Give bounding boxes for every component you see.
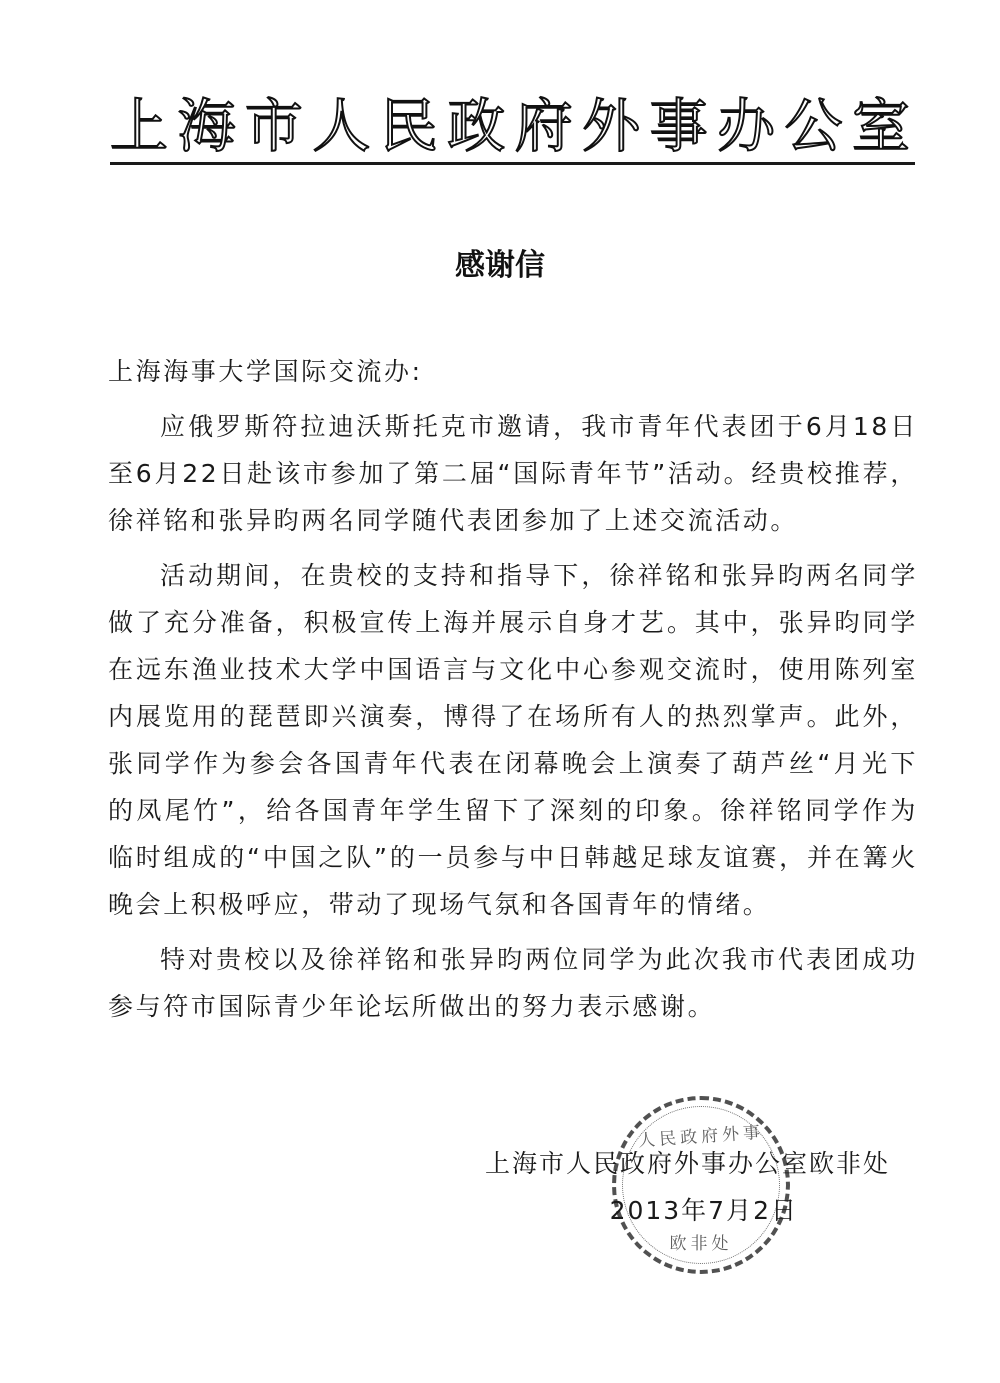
letterhead-divider (110, 162, 915, 165)
document-title: 感谢信 (0, 240, 1000, 284)
letterhead-char: 公 (785, 79, 843, 163)
signature-block: 上海市人民政府外事办公室欧非处 2013年7月2日 (470, 1140, 890, 1234)
letterhead-char: 府 (515, 79, 573, 163)
letterhead-char: 人 (312, 79, 370, 163)
signature-organization: 上海市人民政府外事办公室欧非处 (470, 1140, 890, 1187)
letterhead-char: 民 (380, 79, 438, 163)
body-paragraph: 特对贵校以及徐祥铭和张异昀两位同学为此次我市代表团成功参与符市国际青少年论坛所做… (108, 936, 918, 1030)
letterhead-char: 政 (447, 79, 505, 163)
letterhead-char: 室 (852, 79, 910, 163)
salutation: 上海海事大学国际交流办: (108, 348, 918, 395)
body-paragraph: 活动期间，在贵校的支持和指导下，徐祥铭和张异昀两名同学做了充分准备，积极宣传上海… (108, 552, 918, 928)
signature-date: 2013年7月2日 (470, 1187, 890, 1234)
letter-body: 上海海事大学国际交流办: 应俄罗斯符拉迪沃斯托克市邀请，我市青年代表团于6月18… (108, 348, 918, 1030)
letterhead-org-name: 上 海 市 人 民 政 府 外 事 办 公 室 (110, 88, 910, 154)
letterhead-char: 办 (717, 79, 775, 163)
letterhead-char: 市 (245, 79, 303, 163)
body-paragraph: 应俄罗斯符拉迪沃斯托克市邀请，我市青年代表团于6月18日至6月22日赴该市参加了… (108, 403, 918, 544)
letterhead-char: 上 (110, 79, 168, 163)
letterhead-char: 外 (582, 79, 640, 163)
letterhead-char: 事 (650, 79, 708, 163)
letterhead-char: 海 (177, 79, 235, 163)
